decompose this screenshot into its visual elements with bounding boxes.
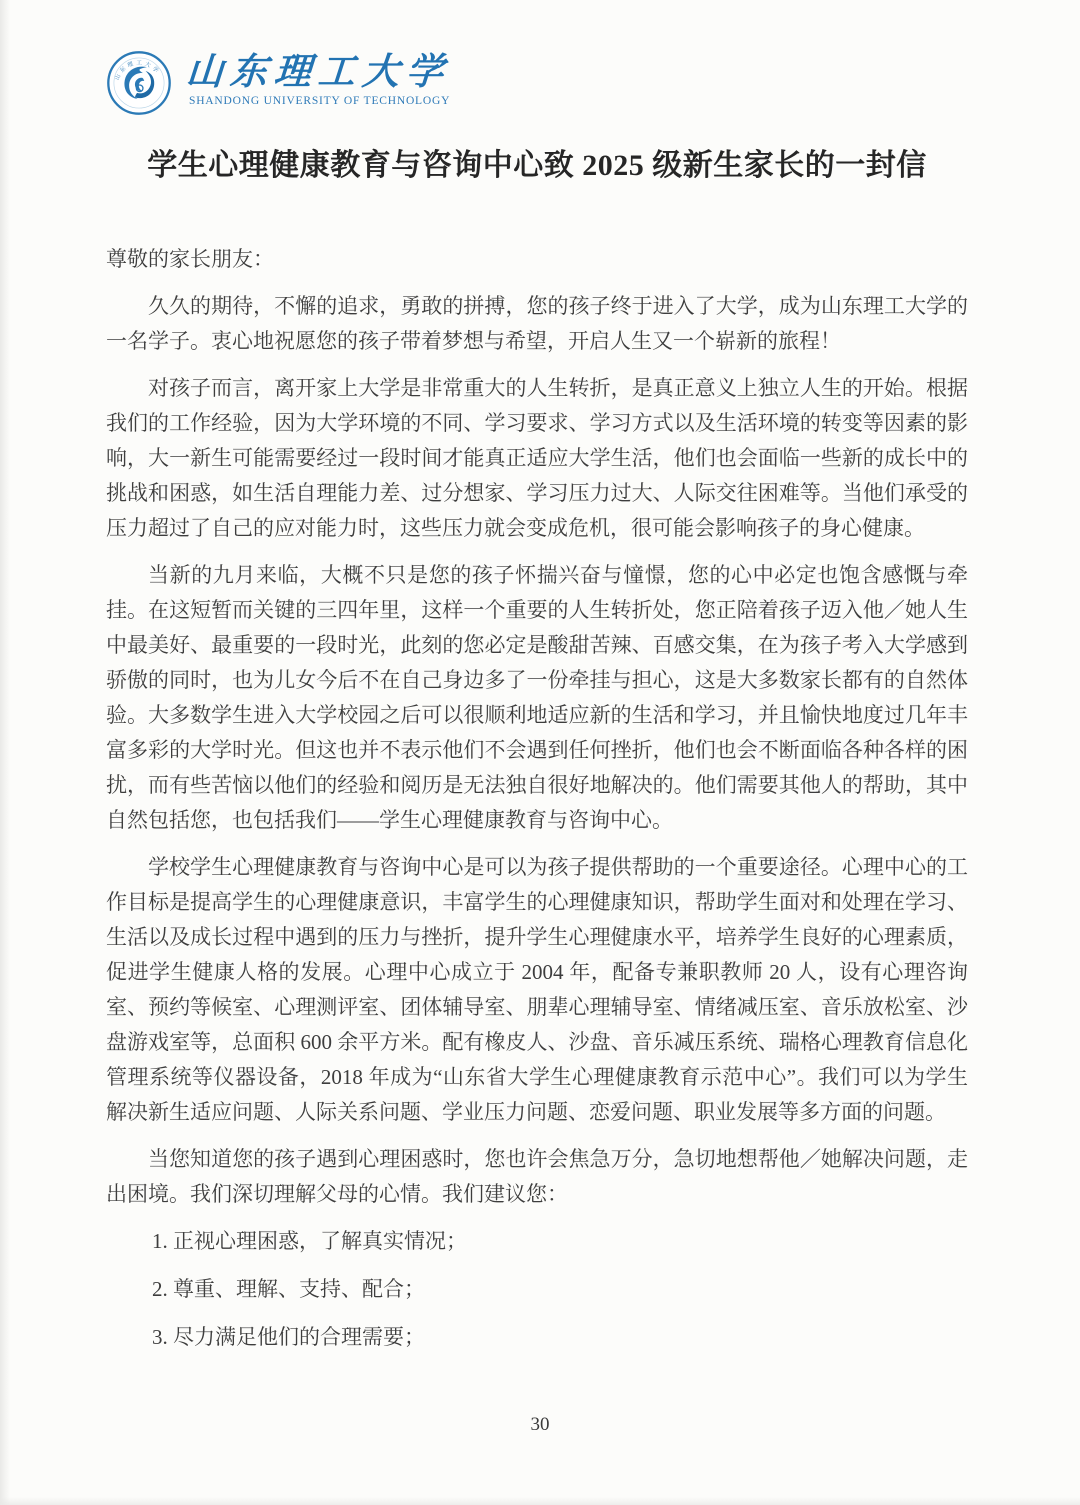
advice-item-2: 2. 尊重、理解、支持、配合； [106, 1272, 968, 1307]
paragraph-3: 当新的九月来临，大概不只是您的孩子怀揣兴奋与憧憬，您的心中必定也饱含感慨与牵挂。… [106, 558, 968, 838]
paragraph-2: 对孩子而言，离开家上大学是非常重大的人生转折，是真正意义上独立人生的开始。根据我… [106, 371, 968, 546]
university-logo: 山 东 理 工 大 学 山东理工大学 SHANDONG UNIVERSITY O… [106, 50, 968, 116]
paragraph-5: 当您知道您的孩子遇到心理困惑时，您也许会焦急万分，急切地想帮他／她解决问题，走出… [106, 1142, 968, 1212]
letter-title: 学生心理健康教育与咨询中心致 2025 级新生家长的一封信 [106, 140, 968, 184]
paragraph-4: 学校学生心理健康教育与咨询中心是可以为孩子提供帮助的一个重要途径。心理中心的工作… [106, 850, 968, 1130]
page-number: 30 [531, 1414, 550, 1435]
document-page: 山 东 理 工 大 学 山东理工大学 SHANDONG UNIVERSITY O… [0, 0, 1080, 1505]
advice-item-3: 3. 尽力满足他们的合理需要； [106, 1320, 968, 1355]
university-emblem-icon: 山 东 理 工 大 学 [106, 50, 172, 116]
university-name-en: SHANDONG UNIVERSITY OF TECHNOLOGY [186, 95, 450, 107]
salutation: 尊敬的家长朋友： [106, 242, 968, 277]
university-name-cn: 山东理工大学 [185, 54, 452, 92]
page-footer: 30 [0, 1414, 1080, 1436]
advice-item-1: 1. 正视心理困惑，了解真实情况； [106, 1224, 968, 1259]
paragraph-1: 久久的期待，不懈的追求，勇敢的拼搏，您的孩子终于进入了大学，成为山东理工大学的一… [106, 289, 968, 359]
letter-body: 尊敬的家长朋友： 久久的期待，不懈的追求，勇敢的拼搏，您的孩子终于进入了大学，成… [106, 242, 968, 1355]
letterhead: 山 东 理 工 大 学 山东理工大学 SHANDONG UNIVERSITY O… [106, 50, 968, 184]
university-logo-text: 山东理工大学 SHANDONG UNIVERSITY OF TECHNOLOGY [186, 50, 450, 107]
